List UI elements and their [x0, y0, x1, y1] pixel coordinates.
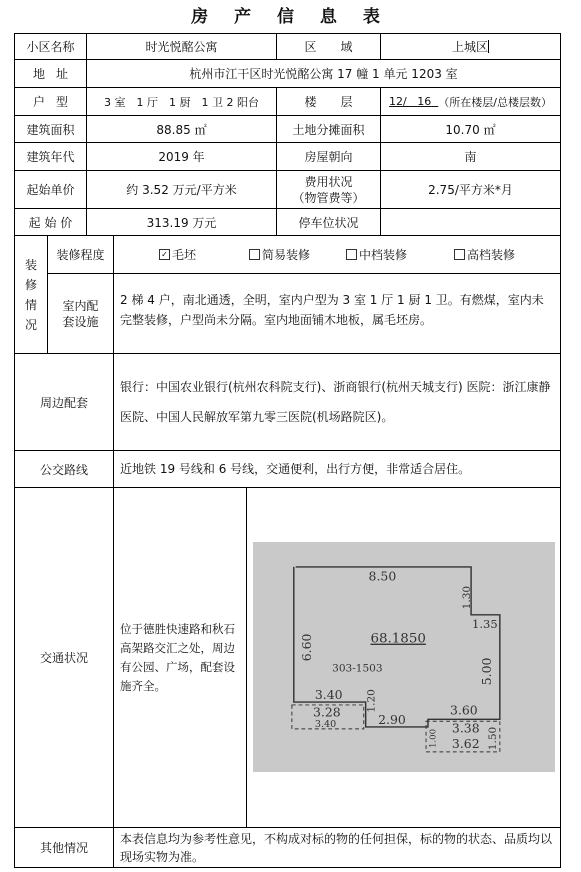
address-value: 杭州市江干区时光悦酩公寓 17 幢 1 单元 1203 室 [86, 59, 561, 88]
building-area-label: 建筑面积 [14, 115, 87, 143]
bus-label: 公交路线 [14, 450, 114, 488]
svg-text:3.62: 3.62 [452, 736, 480, 751]
svg-text:1.30: 1.30 [461, 586, 473, 609]
other-label: 其他情况 [14, 827, 114, 868]
svg-text:303-1503: 303-1503 [332, 662, 382, 674]
floor-plan-image: 8.50 6.60 1.30 1.35 5.00 68.1850 303-150… [253, 542, 555, 772]
fee-value: 2.75/平方米*月 [380, 170, 561, 209]
traffic-text: 位于德胜快速路和秋石高架路交汇之处，周边有公园、广场，配套设施齐全。 [113, 487, 247, 828]
svg-text:8.50: 8.50 [369, 568, 397, 583]
checkbox-icon [346, 249, 357, 260]
unit-price-label: 起始单价 [14, 170, 87, 209]
current-floor: 12 [389, 95, 403, 108]
community-label: 小区名称 [14, 33, 87, 60]
option-rough[interactable]: ✓毛坯 [159, 236, 196, 273]
start-price-value: 313.19 万元 [86, 208, 277, 236]
checkbox-icon [249, 249, 260, 260]
total-floors: 16 [417, 95, 431, 108]
checkbox-checked-icon: ✓ [159, 249, 170, 260]
orientation-label: 房屋朝向 [276, 142, 381, 171]
option-mid[interactable]: 中档装修 [346, 236, 407, 273]
svg-text:6.60: 6.60 [299, 633, 314, 661]
floor-label: 楼 层 [276, 87, 381, 116]
parking-label: 停车位状况 [276, 208, 381, 236]
decoration-level-label: 装修程度 [47, 235, 114, 274]
build-year-label: 建筑年代 [14, 142, 87, 171]
facility-text: 2 梯 4 户，南北通透，全明，室内户型为 3 室 1 厅 1 厨 1 卫。有燃… [113, 273, 561, 354]
community-value: 时光悦酩公寓 [86, 33, 277, 60]
text-cursor [488, 40, 489, 53]
svg-text:3.38: 3.38 [452, 721, 480, 736]
svg-text:3.60: 3.60 [450, 703, 478, 718]
svg-text:1.50: 1.50 [487, 727, 499, 750]
build-year-value: 2019 年 [86, 142, 277, 171]
surroundings-label: 周边配套 [14, 353, 114, 451]
bus-text: 近地铁 19 号线和 6 号线，交通便利，出行方便，非常适合居住。 [113, 450, 561, 488]
layout-label: 户型 [14, 87, 87, 116]
option-high[interactable]: 高档装修 [454, 236, 515, 273]
checkbox-icon [454, 249, 465, 260]
option-simple[interactable]: 简易装修 [249, 236, 310, 273]
start-price-label: 起 始 价 [14, 208, 87, 236]
building-area-value: 88.85 ㎡ [86, 115, 277, 143]
fee-label: 费用状况（物管费等） [276, 170, 381, 209]
svg-text:68.1850: 68.1850 [370, 632, 425, 647]
district-label: 区 域 [276, 33, 381, 60]
svg-text:5.00: 5.00 [479, 657, 494, 685]
land-area-label: 土地分摊面积 [276, 115, 381, 143]
land-area-value: 10.70 ㎡ [380, 115, 561, 143]
page-title: 房 产 信 息 表 [0, 2, 581, 27]
svg-text:3.40: 3.40 [315, 719, 336, 730]
svg-text:2.90: 2.90 [378, 712, 406, 727]
floor-value: 12/ 16 （所在楼层/总楼层数） [380, 87, 561, 116]
layout-value: 3 室 1 厅 1 厨 1 卫 2 阳台 [86, 87, 277, 116]
other-text: 本表信息均为参考性意见，不构成对标的物的任何担保，标的物的状态、品质均以现场实物… [113, 827, 561, 868]
district-value[interactable]: 上城区 [380, 33, 561, 60]
svg-text:3.40: 3.40 [315, 687, 343, 702]
facility-label: 室内配套设施 [47, 273, 114, 354]
orientation-value: 南 [380, 142, 561, 171]
decoration-options: ✓毛坯 简易装修 中档装修 高档装修 [113, 235, 561, 274]
decoration-group-label: 装修情况 [14, 235, 48, 354]
unit-price-value: 约 3.52 万元/平方米 [86, 170, 277, 209]
parking-value [380, 208, 561, 236]
svg-text:1.00: 1.00 [429, 729, 439, 748]
svg-text:1.35: 1.35 [472, 617, 498, 631]
surroundings-text: 银行：中国农业银行(杭州农科院支行)、浙商银行(杭州天城支行) 医院：浙江康静医… [113, 353, 561, 451]
svg-text:1.20: 1.20 [365, 689, 377, 712]
traffic-label: 交通状况 [14, 487, 114, 828]
address-label: 地址 [14, 59, 87, 88]
svg-text:3.28: 3.28 [313, 704, 341, 719]
